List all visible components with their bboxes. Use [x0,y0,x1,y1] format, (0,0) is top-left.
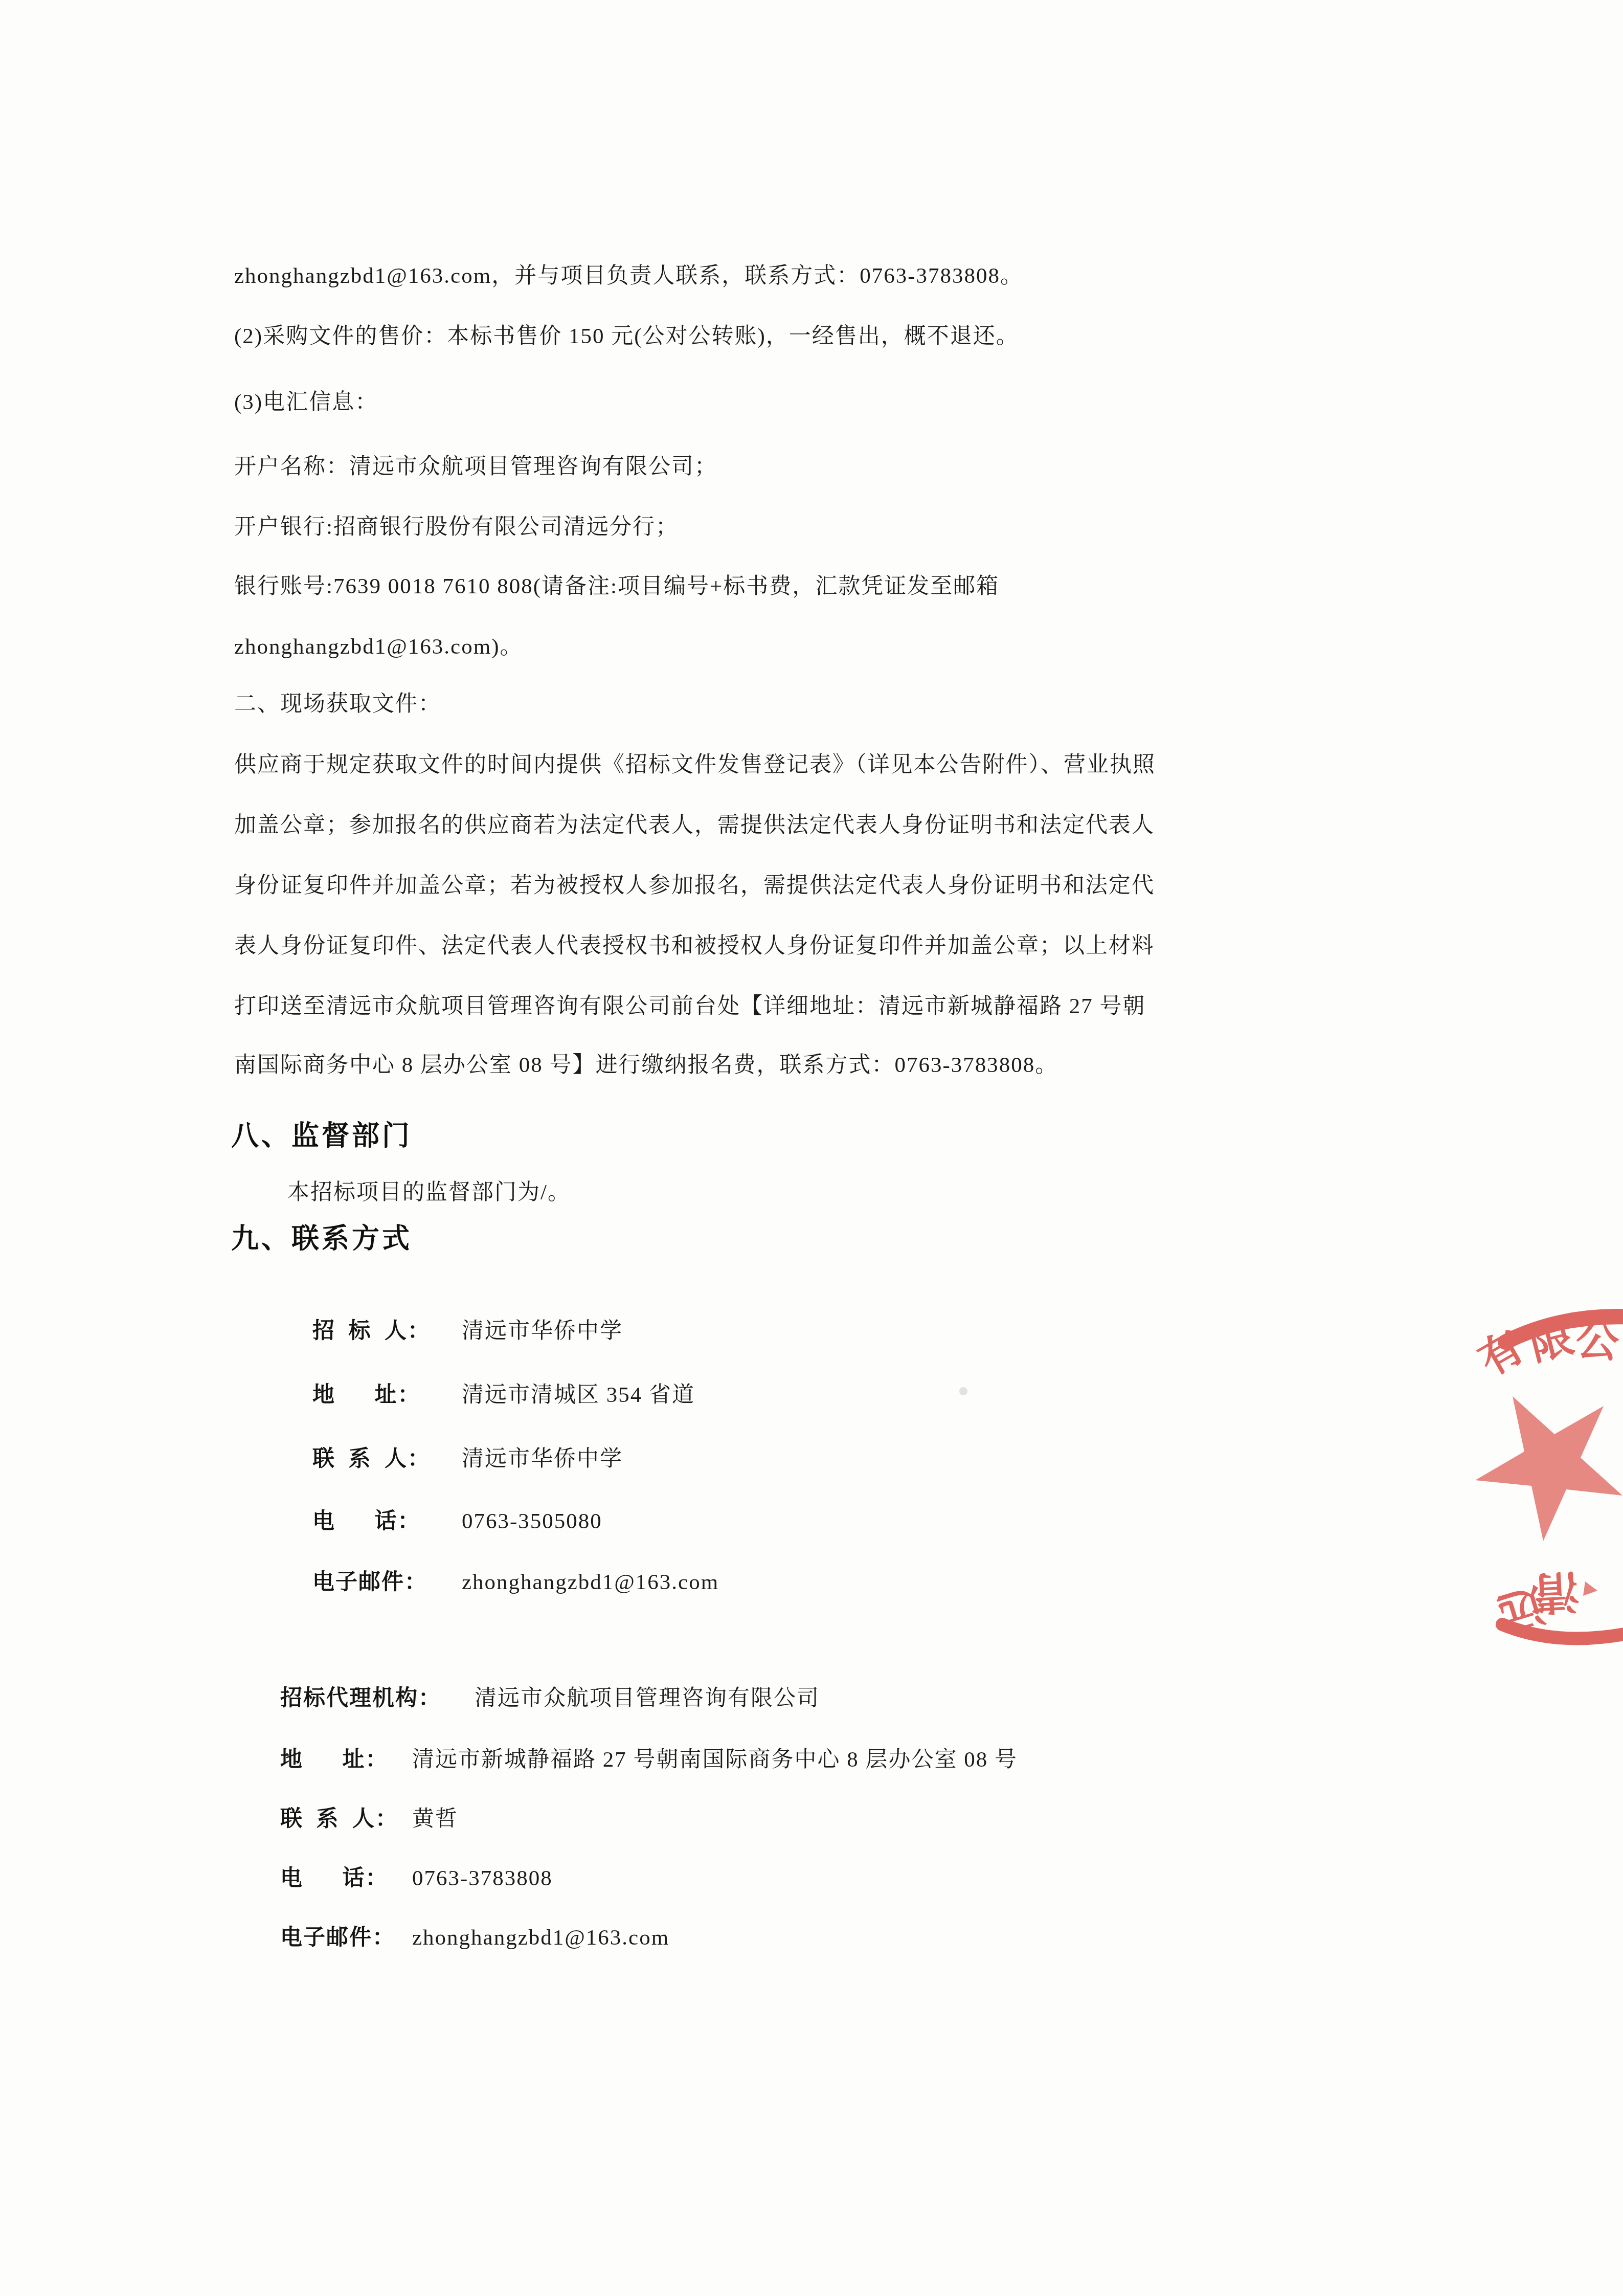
supervision-body-line: 本招标项目的监督部门为/。 [287,1175,571,1206]
seal-small-mark [1583,1581,1597,1596]
row-label: 招 标 人： [312,1313,462,1345]
row-label: 电 话： [280,1861,412,1892]
seal-bottom-arc [1502,1616,1623,1638]
paragraph-line: 开户银行:招商银行股份有限公司清远分行； [234,515,1382,540]
paragraph-line: zhonghangzbd1@163.com，并与项目负责人联系，联系方式：076… [234,263,1382,288]
document-page: zhonghangzbd1@163.com，并与项目负责人联系，联系方式：076… [0,0,1623,2296]
paragraph-line: 表人身份证复印件、法定代表人代表授权书和被授权人身份证复印件并加盖公章；以上材料 [234,933,1382,958]
row-label: 电 话： [312,1504,462,1535]
paragraph-line: (2)采购文件的售价：本标书售价 150 元(公对公转账)，一经售出，概不退还。 [234,324,1382,349]
row-value: 清远市华侨中学 [462,1447,623,1471]
row-value: 黄哲 [412,1807,458,1831]
paragraph-line: 南国际商务中心 8 层办公室 08 号】进行缴纳报名费，联系方式：0763-37… [234,1053,1382,1078]
paragraph-line: zhonghangzbd1@163.com)。 [234,634,1382,659]
row-value: 0763-3783808 [412,1866,553,1890]
seal-char: 远 [1493,1578,1550,1640]
row-label: 电子邮件： [312,1565,462,1596]
section-heading-contact: 九、联系方式 [231,1217,412,1256]
row-value: zhonghangzbd1@163.com [412,1926,669,1950]
paragraph-line: 银行账号:7639 0018 7610 808(请备注:项目编号+标书费，汇款凭… [234,574,1382,599]
contact-row-tenderer-email: 电子邮件：zhonghangzbd1@163.com [286,1540,719,1621]
section-title-onsite-documents: 二、现场获取文件： [234,692,1382,717]
row-label: 电子邮件： [280,1920,412,1951]
row-label: 联 系 人： [280,1801,412,1833]
company-seal-stamp-icon: 有 限 公 远 清 [1475,1295,1623,1674]
row-label: 联 系 人： [312,1441,462,1473]
row-value: 清远市新城静福路 27 号朝南国际商务中心 8 层办公室 08 号 [412,1748,1018,1772]
row-label: 招标代理机构： [280,1681,475,1712]
seal-char: 有 [1475,1322,1532,1385]
row-label: 地 址： [312,1377,462,1409]
row-value: 0763-3505080 [462,1509,602,1533]
seal-char: 限 [1525,1312,1578,1370]
paragraph-line: 加盖公章；参加报名的供应商若为法定代表人，需提供法定代表人身份证明书和法定代表人 [234,813,1382,838]
contact-row-agency-email: 电子邮件：zhonghangzbd1@163.com [254,1895,669,1976]
seal-star-icon [1475,1396,1622,1541]
section-heading-supervision: 八、监督部门 [231,1114,412,1153]
row-value: zhonghangzbd1@163.com [462,1570,719,1594]
paragraph-line: 供应商于规定获取文件的时间内提供《招标文件发售登记表》（详见本公告附件）、营业执… [234,752,1382,777]
seal-char: 清 [1532,1566,1580,1618]
paragraph-line: 身份证复印件并加盖公章；若为被授权人参加报名，需提供法定代表人身份证明书和法定代 [234,873,1382,898]
seal-char: 公 [1574,1316,1620,1367]
seal-top-arc [1505,1317,1623,1342]
row-value: 清远市清城区 354 省道 [462,1383,695,1407]
row-value: 清远市华侨中学 [462,1319,623,1343]
paragraph-line: 打印送至清远市众航项目管理咨询有限公司前台处【详细地址：清远市新城静福路 27 … [234,994,1382,1019]
paragraph-line: (3)电汇信息： [234,390,1382,415]
scan-artifact-dot [959,1387,967,1395]
row-label: 地 址： [280,1742,412,1773]
row-value: 清远市众航项目管理咨询有限公司 [475,1686,820,1710]
paragraph-line: 开户名称：清远市众航项目管理咨询有限公司； [234,454,1382,479]
